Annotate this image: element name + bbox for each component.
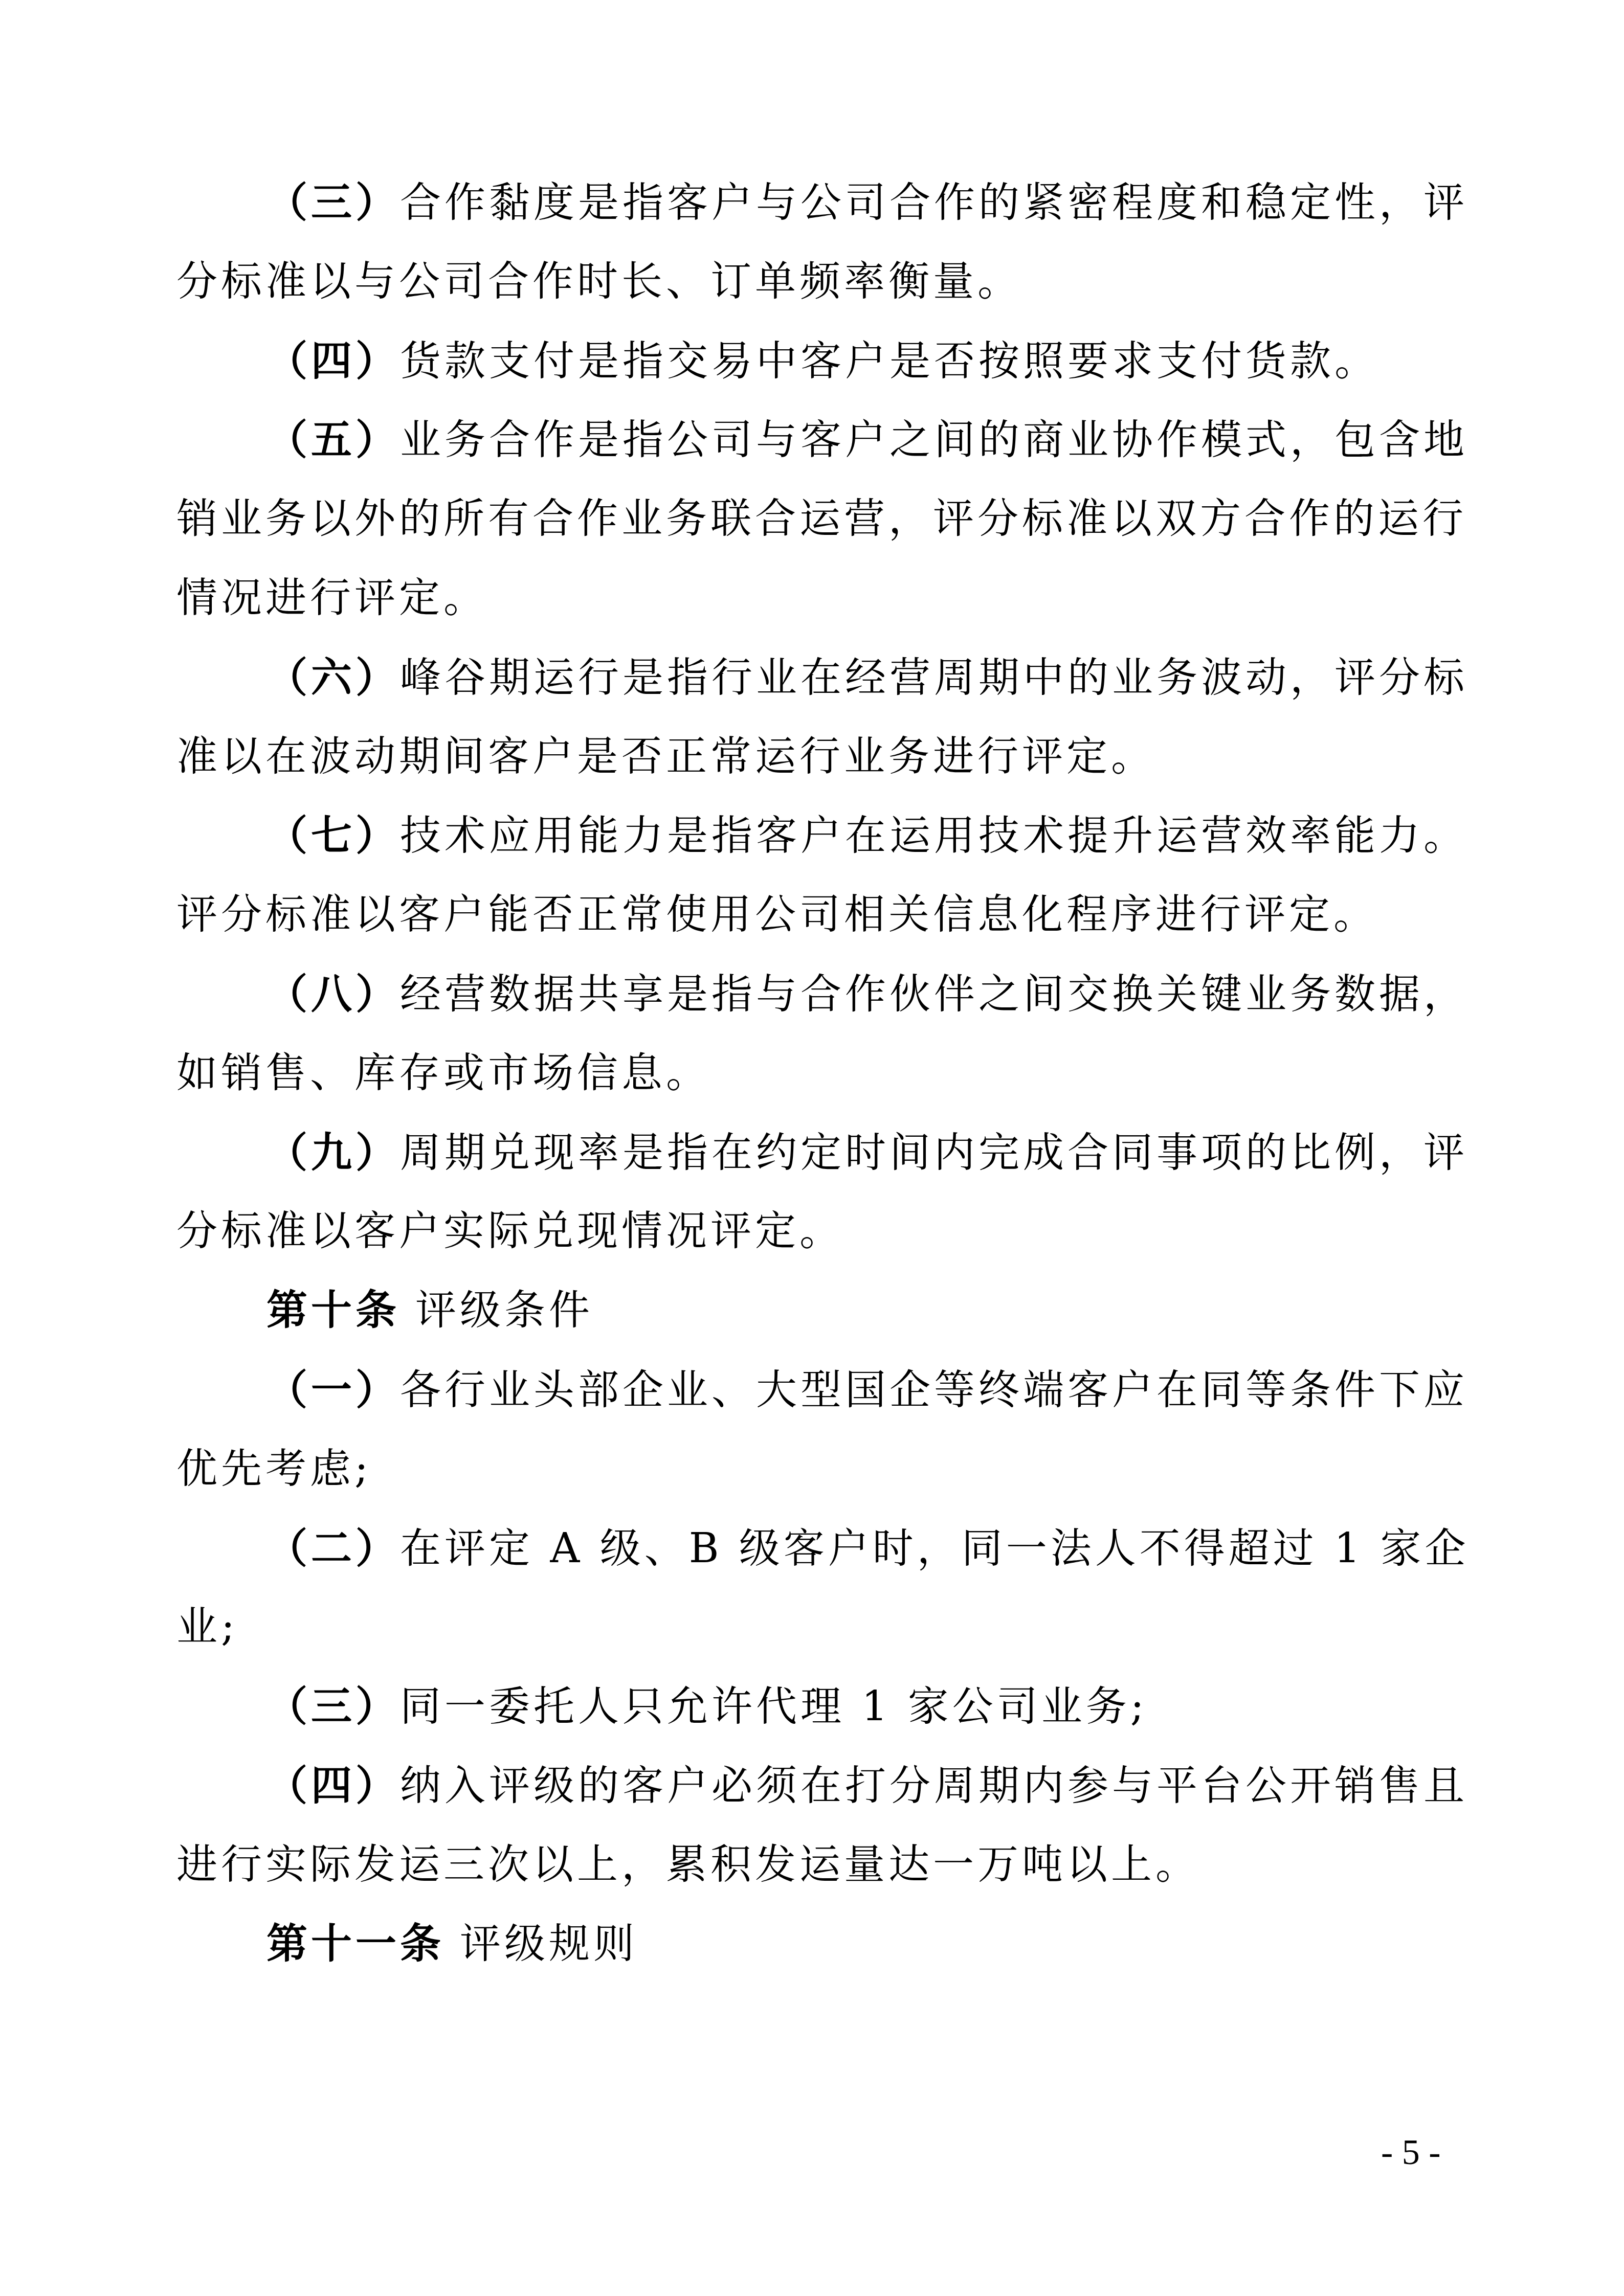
item-label: （五）	[266, 415, 400, 463]
paragraph-line: 进行实际发运三次以上，累积发运量达一万吨以上。	[176, 1825, 1444, 1904]
item-label: （六）	[266, 653, 400, 701]
item-text: 分标准以客户实际兑现情况评定。	[176, 1207, 844, 1254]
item-text: 合作黏度是指客户与公司合作的紧密程度和稳定性，评	[400, 178, 1468, 226]
paragraph-line: 评分标准以客户能否正常使用公司相关信息化程序进行评定。	[176, 875, 1444, 954]
page-number: - 5 -	[1381, 2132, 1441, 2173]
item-label: （一）	[266, 1365, 400, 1413]
item-text: 货款支付是指交易中客户是否按照要求支付货款。	[400, 337, 1379, 385]
item-label: （七）	[266, 811, 400, 859]
item-text: 如销售、库存或市场信息。	[176, 1049, 710, 1096]
item-text: 优先考虑;	[176, 1445, 372, 1492]
item-text: 在评定 A 级、B 级客户时，同一法人不得超过 1 家企	[400, 1524, 1470, 1572]
article-heading: 第十一条评级规则	[176, 1904, 1444, 1984]
paragraph-line: （二）在评定 A 级、B 级客户时，同一法人不得超过 1 家企	[176, 1509, 1444, 1588]
item-text: 周期兑现率是指在约定时间内完成合同事项的比例，评	[400, 1129, 1468, 1176]
paragraph-line: （六）峰谷期运行是指行业在经营周期中的业务波动，评分标	[176, 638, 1444, 717]
paragraph-line: （八）经营数据共享是指与合作伙伴之间交换关键业务数据，	[176, 954, 1444, 1033]
item-text: 业;	[176, 1603, 238, 1650]
item-label: （三）	[266, 178, 400, 226]
paragraph-line: 优先考虑;	[176, 1429, 1444, 1509]
paragraph-line: （五）业务合作是指公司与客户之间的商业协作模式，包含地	[176, 400, 1444, 479]
article-title: 评级条件	[415, 1286, 593, 1334]
paragraph-line: 销业务以外的所有合作业务联合运营，评分标准以双方合作的运行	[176, 479, 1444, 558]
item-text: 纳入评级的客户必须在打分周期内参与平台公开销售且	[400, 1762, 1468, 1809]
paragraph-line: 分标准以客户实际兑现情况评定。	[176, 1191, 1444, 1271]
article-number: 第十条	[266, 1286, 400, 1334]
paragraph-line: 分标准以与公司合作时长、订单频率衡量。	[176, 242, 1444, 321]
item-text: 准以在波动期间客户是否正常运行业务进行评定。	[176, 732, 1155, 780]
paragraph-line: （三）合作黏度是指客户与公司合作的紧密程度和稳定性，评	[176, 163, 1444, 242]
item-text: 各行业头部企业、大型国企等终端客户在同等条件下应	[400, 1366, 1468, 1413]
paragraph-line: （一）各行业头部企业、大型国企等终端客户在同等条件下应	[176, 1350, 1444, 1429]
item-label: （八）	[266, 970, 400, 1018]
item-text: 经营数据共享是指与合作伙伴之间交换关键业务数据，	[400, 970, 1468, 1018]
item-label: （三）	[266, 1682, 400, 1730]
paragraph-line: 准以在波动期间客户是否正常运行业务进行评定。	[176, 717, 1444, 796]
item-text: 同一委托人只允许代理 1 家公司业务;	[400, 1682, 1148, 1730]
article-heading: 第十条评级条件	[176, 1271, 1444, 1350]
item-label: （四）	[266, 1761, 400, 1809]
item-label: （九）	[266, 1128, 400, 1176]
paragraph-line: （三）同一委托人只允许代理 1 家公司业务;	[176, 1667, 1444, 1746]
item-text: 分标准以与公司合作时长、订单频率衡量。	[176, 257, 1022, 305]
item-text: 峰谷期运行是指行业在经营周期中的业务波动，评分标	[400, 654, 1468, 701]
item-text: 情况进行评定。	[176, 574, 488, 621]
item-text: 销业务以外的所有合作业务联合运营，评分标准以双方合作的运行	[176, 494, 1467, 542]
article-title: 评级规则	[460, 1920, 638, 1967]
paragraph-line: （四）货款支付是指交易中客户是否按照要求支付货款。	[176, 321, 1444, 400]
item-label: （二）	[266, 1524, 400, 1572]
paragraph-line: 业;	[176, 1587, 1444, 1667]
item-text: 进行实际发运三次以上，累积发运量达一万吨以上。	[176, 1840, 1200, 1888]
document-body: （三）合作黏度是指客户与公司合作的紧密程度和稳定性，评 分标准以与公司合作时长、…	[176, 163, 1444, 1983]
article-number: 第十一条	[266, 1920, 444, 1967]
item-label: （四）	[266, 336, 400, 385]
paragraph-line: （四）纳入评级的客户必须在打分周期内参与平台公开销售且	[176, 1746, 1444, 1825]
item-text: 业务合作是指公司与客户之间的商业协作模式，包含地	[400, 416, 1468, 463]
paragraph-line: 情况进行评定。	[176, 558, 1444, 638]
paragraph-line: （七）技术应用能力是指客户在运用技术提升运营效率能力。	[176, 796, 1444, 875]
item-text: 技术应用能力是指客户在运用技术提升运营效率能力。	[400, 812, 1468, 859]
item-text: 评分标准以客户能否正常使用公司相关信息化程序进行评定。	[176, 890, 1378, 938]
paragraph-line: （九）周期兑现率是指在约定时间内完成合同事项的比例，评	[176, 1113, 1444, 1192]
paragraph-line: 如销售、库存或市场信息。	[176, 1033, 1444, 1113]
